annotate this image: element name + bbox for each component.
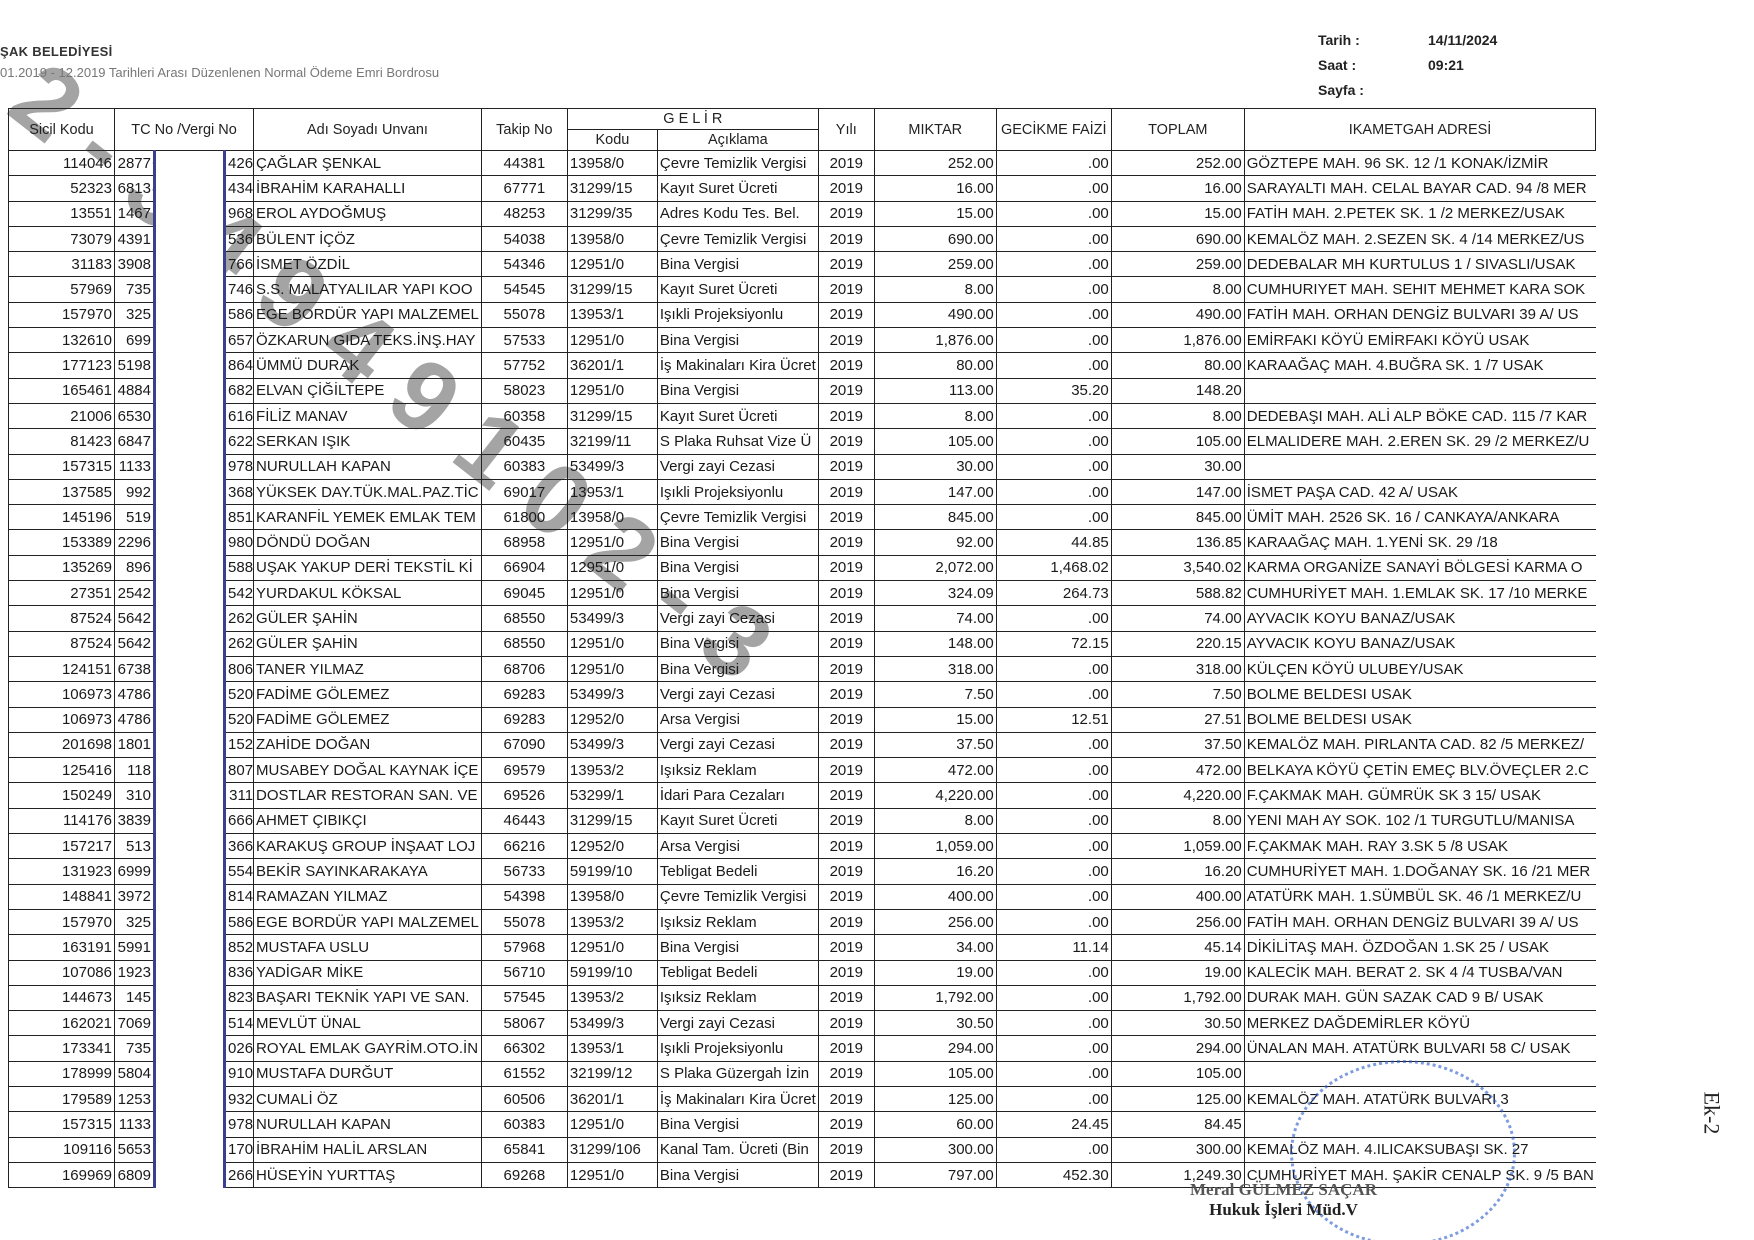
table-row: 135269896588UŞAK YAKUP DERİ TEKSTİL Kİ66… [9,555,1596,580]
yil-cell: 2019 [818,302,874,327]
miktar-cell: 690.00 [874,226,996,251]
faiz-cell: 44.85 [996,530,1111,555]
col-yil: Yılı [818,109,874,151]
vergi-cell: 622 [225,429,254,454]
sicil-cell: 87524 [9,631,115,656]
adres-cell: DEDEBALAR MH KURTULUS 1 / SIVASLI/USAK [1244,252,1596,277]
gap-cell [155,151,225,176]
table-row: 1789995804910MUSTAFA DURĞUT6155232199/12… [9,1061,1596,1086]
gap-cell [155,1011,225,1036]
kodu-cell: 13953/2 [567,909,657,934]
table-row: 273512542542YURDAKUL KÖKSAL6904512951/0B… [9,581,1596,606]
faiz-cell: .00 [996,606,1111,631]
adres-cell: AYVACIK KOYU BANAZ/USAK [1244,606,1596,631]
vergi-cell: 426 [225,151,254,176]
sicil-cell: 201698 [9,732,115,757]
toplam-cell: 588.82 [1111,581,1244,606]
miktar-cell: 1,059.00 [874,834,996,859]
takip-cell: 55078 [481,909,567,934]
gap-cell [155,1162,225,1187]
gap-cell [155,1137,225,1162]
aciklama-cell: Işıkli Projeksiyonlu [657,1036,818,1061]
tc-cell: 3908 [115,252,155,277]
adres-cell [1244,1061,1596,1086]
yil-cell: 2019 [818,682,874,707]
takip-cell: 68550 [481,606,567,631]
sicil-cell: 150249 [9,783,115,808]
aciklama-cell: İdari Para Cezaları [657,783,818,808]
yil-cell: 2019 [818,960,874,985]
sicil-cell: 52323 [9,176,115,201]
name-cell: NURULLAH KAPAN [254,454,482,479]
name-cell: ROYAL EMLAK GAYRİM.OTO.İN [254,1036,482,1061]
takip-cell: 66216 [481,834,567,859]
name-cell: NURULLAH KAPAN [254,1112,482,1137]
faiz-cell: .00 [996,1086,1111,1111]
yil-cell: 2019 [818,1061,874,1086]
takip-cell: 67771 [481,176,567,201]
sicil-cell: 137585 [9,479,115,504]
table-row: 1091165653170İBRAHİM HALİL ARSLAN6584131… [9,1137,1596,1162]
tc-cell: 735 [115,1036,155,1061]
table-row: 875245642262GÜLER ŞAHİN6855012951/0Bina … [9,631,1596,656]
tc-cell: 325 [115,909,155,934]
name-cell: İSMET ÖZDİL [254,252,482,277]
takip-cell: 65841 [481,1137,567,1162]
adres-cell: İSMET PAŞA CAD. 42 A/ USAK [1244,479,1596,504]
toplam-cell: 37.50 [1111,732,1244,757]
adres-cell: KALECİK MAH. BERAT 2. SK 4 /4 TUSBA/VAN [1244,960,1596,985]
table-row: 1069734786520FADİME GÖLEMEZ6928312952/0A… [9,707,1596,732]
sicil-cell: 13551 [9,201,115,226]
kodu-cell: 12952/0 [567,834,657,859]
takip-cell: 54545 [481,277,567,302]
document-meta: Tarih :14/11/2024 Saat :09:21 Sayfa : [1318,32,1578,107]
gap-cell [155,555,225,580]
gap-cell [155,859,225,884]
adres-cell: F.ÇAKMAK MAH. RAY 3.SK 5 /8 USAK [1244,834,1596,859]
miktar-cell: 125.00 [874,1086,996,1111]
takip-cell: 48253 [481,201,567,226]
tc-cell: 4786 [115,682,155,707]
tc-cell: 1253 [115,1086,155,1111]
sicil-cell: 132610 [9,328,115,353]
tc-cell: 145 [115,985,155,1010]
yil-cell: 2019 [818,479,874,504]
adres-cell: KEMALÖZ MAH. 2.SEZEN SK. 4 /14 MERKEZ/US [1244,226,1596,251]
takip-cell: 57752 [481,353,567,378]
takip-cell: 44381 [481,151,567,176]
table-row: 814236847622SERKAN IŞIK6043532199/11S Pl… [9,429,1596,454]
kodu-cell: 13958/0 [567,884,657,909]
gap-cell [155,1086,225,1111]
miktar-cell: 30.00 [874,454,996,479]
faiz-cell: 35.20 [996,378,1111,403]
sicil-cell: 162021 [9,1011,115,1036]
miktar-cell: 80.00 [874,353,996,378]
aciklama-cell: Kayıt Suret Ücreti [657,277,818,302]
yil-cell: 2019 [818,707,874,732]
takip-cell: 61552 [481,1061,567,1086]
vergi-cell: 814 [225,884,254,909]
vergi-cell: 554 [225,859,254,884]
aciklama-cell: Işıkli Projeksiyonlu [657,479,818,504]
adres-cell: FATİH MAH. ORHAN DENGİZ BULVARI 39 A/ US [1244,909,1596,934]
faiz-cell: .00 [996,783,1111,808]
date-label: Tarih : [1318,32,1428,57]
toplam-cell: 220.15 [1111,631,1244,656]
takip-cell: 68706 [481,656,567,681]
takip-cell: 56733 [481,859,567,884]
time-label: Saat : [1318,57,1428,82]
adres-cell: KÜLÇEN KÖYÜ ULUBEY/USAK [1244,656,1596,681]
miktar-cell: 105.00 [874,429,996,454]
aciklama-cell: Işıksiz Reklam [657,909,818,934]
vergi-cell: 586 [225,909,254,934]
miktar-cell: 8.00 [874,808,996,833]
faiz-cell: 11.14 [996,935,1111,960]
vergi-cell: 262 [225,606,254,631]
takip-cell: 56710 [481,960,567,985]
vergi-cell: 520 [225,682,254,707]
gap-cell [155,1061,225,1086]
takip-cell: 69283 [481,707,567,732]
sicil-cell: 153389 [9,530,115,555]
aciklama-cell: Işıkli Projeksiyonlu [657,302,818,327]
vergi-cell: 266 [225,1162,254,1187]
takip-cell: 60506 [481,1086,567,1111]
adres-cell: DİKİLİTAŞ MAH. ÖZDOĞAN 1.SK 25 / USAK [1244,935,1596,960]
table-row: 1620217069514MEVLÜT ÜNAL5806753499/3Verg… [9,1011,1596,1036]
miktar-cell: 472.00 [874,758,996,783]
yil-cell: 2019 [818,581,874,606]
aciklama-cell: Işıksiz Reklam [657,758,818,783]
toplam-cell: 1,059.00 [1111,834,1244,859]
col-miktar: MIKTAR [874,109,996,151]
toplam-cell: 256.00 [1111,909,1244,934]
faiz-cell: .00 [996,302,1111,327]
miktar-cell: 4,220.00 [874,783,996,808]
name-cell: ELVAN ÇİĞİLTEPE [254,378,482,403]
gap-cell [155,909,225,934]
gap-cell [155,479,225,504]
vergi-cell: 657 [225,328,254,353]
yil-cell: 2019 [818,530,874,555]
aciklama-cell: Bina Vergisi [657,656,818,681]
miktar-cell: 2,072.00 [874,555,996,580]
col-kodu: Kodu [567,130,657,151]
sicil-cell: 157970 [9,909,115,934]
miktar-cell: 1,876.00 [874,328,996,353]
tc-cell: 1133 [115,454,155,479]
toplam-cell: 125.00 [1111,1086,1244,1111]
table-row: 157970325586EGE BORDÜR YAPI MALZEMEL5507… [9,302,1596,327]
vergi-cell: 852 [225,935,254,960]
col-sicil: Sicil Kodu [9,109,115,151]
takip-cell: 69283 [481,682,567,707]
kodu-cell: 12951/0 [567,328,657,353]
aciklama-cell: Kayıt Suret Ücreti [657,403,818,428]
gap-cell [155,201,225,226]
miktar-cell: 490.00 [874,302,996,327]
takip-cell: 66904 [481,555,567,580]
takip-cell: 58023 [481,378,567,403]
kodu-cell: 13953/1 [567,479,657,504]
kodu-cell: 12951/0 [567,555,657,580]
adres-cell: YENI MAH AY SOK. 102 /1 TURGUTLU/MANISA [1244,808,1596,833]
aciklama-cell: Vergi zayi Cezasi [657,454,818,479]
gap-cell [155,176,225,201]
tc-cell: 519 [115,505,155,530]
name-cell: AHMET ÇIBIKÇI [254,808,482,833]
sicil-cell: 81423 [9,429,115,454]
name-cell: RAMAZAN YILMAZ [254,884,482,909]
gap-cell [155,530,225,555]
yil-cell: 2019 [818,555,874,580]
name-cell: HÜSEYİN YURTTAŞ [254,1162,482,1187]
toplam-cell: 318.00 [1111,656,1244,681]
miktar-cell: 797.00 [874,1162,996,1187]
tc-cell: 896 [115,555,155,580]
adres-cell: KARMA ORGANİZE SANAYİ BÖLGESİ KARMA O [1244,555,1596,580]
takip-cell: 46443 [481,808,567,833]
table-row: 1795891253932CUMALİ ÖZ6050636201/1İş Mak… [9,1086,1596,1111]
faiz-cell: .00 [996,834,1111,859]
faiz-cell: .00 [996,353,1111,378]
aciklama-cell: Bina Vergisi [657,581,818,606]
adres-cell: CUMHURİYET MAH. 1.EMLAK SK. 17 /10 MERKE [1244,581,1596,606]
tc-cell: 3839 [115,808,155,833]
faiz-cell: .00 [996,252,1111,277]
col-adres: IKAMETGAH ADRESİ [1244,109,1596,151]
table-row: 210066530616FİLİZ MANAV6035831299/15Kayı… [9,403,1596,428]
tc-cell: 1801 [115,732,155,757]
name-cell: ZAHİDE DOĞAN [254,732,482,757]
miktar-cell: 400.00 [874,884,996,909]
name-cell: EGE BORDÜR YAPI MALZEMEL [254,909,482,934]
name-cell: FADİME GÖLEMEZ [254,707,482,732]
takip-cell: 60383 [481,454,567,479]
kodu-cell: 32199/12 [567,1061,657,1086]
kodu-cell: 31299/35 [567,201,657,226]
faiz-cell: .00 [996,328,1111,353]
toplam-cell: 8.00 [1111,808,1244,833]
vergi-cell: 366 [225,834,254,859]
faiz-cell: .00 [996,682,1111,707]
kodu-cell: 13958/0 [567,226,657,251]
gap-cell [155,226,225,251]
name-cell: BAŞARI TEKNİK YAPI VE SAN. [254,985,482,1010]
toplam-cell: 147.00 [1111,479,1244,504]
yil-cell: 2019 [818,454,874,479]
gap-cell [155,935,225,960]
gap-cell [155,252,225,277]
gap-cell [155,985,225,1010]
tc-cell: 6813 [115,176,155,201]
kodu-cell: 12951/0 [567,935,657,960]
name-cell: GÜLER ŞAHİN [254,606,482,631]
yil-cell: 2019 [818,201,874,226]
sicil-cell: 178999 [9,1061,115,1086]
gap-cell [155,1112,225,1137]
name-cell: S.S. MALATYALILAR YAPI KOO [254,277,482,302]
adres-cell: KARAAĞAÇ MAH. 1.YENİ SK. 29 /18 [1244,530,1596,555]
gap-cell [155,277,225,302]
sicil-cell: 177123 [9,353,115,378]
vergi-cell: 980 [225,530,254,555]
tc-cell: 4786 [115,707,155,732]
faiz-cell: .00 [996,479,1111,504]
aciklama-cell: Bina Vergisi [657,328,818,353]
name-cell: MEVLÜT ÜNAL [254,1011,482,1036]
gap-cell [155,581,225,606]
sicil-cell: 144673 [9,985,115,1010]
tc-cell: 4391 [115,226,155,251]
name-cell: YÜKSEK DAY.TÜK.MAL.PAZ.TİC [254,479,482,504]
faiz-cell: .00 [996,758,1111,783]
yil-cell: 2019 [818,909,874,934]
aciklama-cell: Kayıt Suret Ücreti [657,176,818,201]
yil-cell: 2019 [818,859,874,884]
toplam-cell: 490.00 [1111,302,1244,327]
kodu-cell: 13953/1 [567,302,657,327]
tc-cell: 1467 [115,201,155,226]
table-row: 132610699657ÖZKARUN GIDA TEKS.İNŞ.HAY575… [9,328,1596,353]
toplam-cell: 300.00 [1111,1137,1244,1162]
name-cell: MUSTAFA DURĞUT [254,1061,482,1086]
toplam-cell: 84.45 [1111,1112,1244,1137]
takip-cell: 57968 [481,935,567,960]
tc-cell: 6738 [115,656,155,681]
table-row: 1533892296980DÖNDÜ DOĞAN6895812951/0Bina… [9,530,1596,555]
faiz-cell: .00 [996,151,1111,176]
kodu-cell: 53499/3 [567,606,657,631]
col-gelir: G E L İ R [567,109,818,130]
adres-cell: BOLME BELDESI USAK [1244,682,1596,707]
tc-cell: 735 [115,277,155,302]
faiz-cell: 452.30 [996,1162,1111,1187]
faiz-cell: .00 [996,403,1111,428]
toplam-cell: 105.00 [1111,429,1244,454]
toplam-cell: 252.00 [1111,151,1244,176]
document-header: ŞAK BELEDİYESİ 01.2019 - 12.2019 Tarihle… [0,44,439,80]
table-row: 157970325586EGE BORDÜR YAPI MALZEMEL5507… [9,909,1596,934]
vergi-cell: 520 [225,707,254,732]
adres-cell [1244,378,1596,403]
miktar-cell: 294.00 [874,1036,996,1061]
yil-cell: 2019 [818,631,874,656]
gap-cell [155,682,225,707]
toplam-cell: 16.20 [1111,859,1244,884]
table-row: 1771235198864ÜMMÜ DURAK5775236201/1İş Ma… [9,353,1596,378]
table-row: 125416118807MUSABEY DOĞAL KAYNAK İÇE6957… [9,758,1596,783]
tc-cell: 6530 [115,403,155,428]
name-cell: CUMALİ ÖZ [254,1086,482,1111]
aciklama-cell: Kayıt Suret Ücreti [657,808,818,833]
vergi-cell: 262 [225,631,254,656]
kodu-cell: 12951/0 [567,378,657,403]
sicil-cell: 31183 [9,252,115,277]
toplam-cell: 1,876.00 [1111,328,1244,353]
tc-cell: 5642 [115,606,155,631]
faiz-cell: .00 [996,1036,1111,1061]
tc-cell: 310 [115,783,155,808]
gap-cell [155,606,225,631]
yil-cell: 2019 [818,505,874,530]
toplam-cell: 19.00 [1111,960,1244,985]
vergi-cell: 434 [225,176,254,201]
toplam-cell: 15.00 [1111,201,1244,226]
tc-cell: 1133 [115,1112,155,1137]
gap-cell [155,454,225,479]
toplam-cell: 690.00 [1111,226,1244,251]
miktar-cell: 16.00 [874,176,996,201]
sicil-cell: 157315 [9,1112,115,1137]
sicil-cell: 114046 [9,151,115,176]
sicil-cell: 114176 [9,808,115,833]
table-row: 1140462877426ÇAĞLAR ŞENKAL4438113958/0Çe… [9,151,1596,176]
document-subtitle: 01.2019 - 12.2019 Tarihleri Arası Düzenl… [0,65,439,80]
takip-cell: 60435 [481,429,567,454]
tc-cell: 118 [115,758,155,783]
payment-order-table: Sicil Kodu TC No /Vergi No Adı Soyadı Un… [8,108,1596,1188]
yil-cell: 2019 [818,656,874,681]
miktar-cell: 324.09 [874,581,996,606]
sicil-cell: 57969 [9,277,115,302]
gap-cell [155,353,225,378]
faiz-cell: .00 [996,1137,1111,1162]
vergi-cell: 588 [225,555,254,580]
faiz-cell: .00 [996,277,1111,302]
adres-cell: DURAK MAH. GÜN SAZAK CAD 9 B/ USAK [1244,985,1596,1010]
tc-cell: 2877 [115,151,155,176]
takip-cell: 69045 [481,581,567,606]
yil-cell: 2019 [818,277,874,302]
yil-cell: 2019 [818,606,874,631]
vergi-cell: 978 [225,1112,254,1137]
kodu-cell: 36201/1 [567,1086,657,1111]
gap-cell [155,378,225,403]
name-cell: DOSTLAR RESTORAN SAN. VE [254,783,482,808]
sicil-cell: 145196 [9,505,115,530]
vergi-cell: 514 [225,1011,254,1036]
signature-block: Meral GÜLMEZ SAÇAR Hukuk İşleri Müd.V [1190,1180,1377,1220]
faiz-cell: 12.51 [996,707,1111,732]
vergi-cell: 682 [225,378,254,403]
toplam-cell: 16.00 [1111,176,1244,201]
name-cell: İBRAHİM KARAHALLI [254,176,482,201]
takip-cell: 68958 [481,530,567,555]
gap-cell [155,1036,225,1061]
faiz-cell: 1,468.02 [996,555,1111,580]
faiz-cell: .00 [996,884,1111,909]
name-cell: EROL AYDOĞMUŞ [254,201,482,226]
kodu-cell: 53299/1 [567,783,657,808]
miktar-cell: 37.50 [874,732,996,757]
sicil-cell: 107086 [9,960,115,985]
tc-cell: 5642 [115,631,155,656]
gap-cell [155,631,225,656]
faiz-cell: .00 [996,909,1111,934]
adres-cell: F.ÇAKMAK MAH. GÜMRÜK SK 3 15/ USAK [1244,783,1596,808]
sicil-cell: 135269 [9,555,115,580]
faiz-cell: .00 [996,454,1111,479]
miktar-cell: 74.00 [874,606,996,631]
kodu-cell: 31299/15 [567,176,657,201]
kodu-cell: 13953/2 [567,758,657,783]
miktar-cell: 8.00 [874,277,996,302]
kodu-cell: 53499/3 [567,732,657,757]
